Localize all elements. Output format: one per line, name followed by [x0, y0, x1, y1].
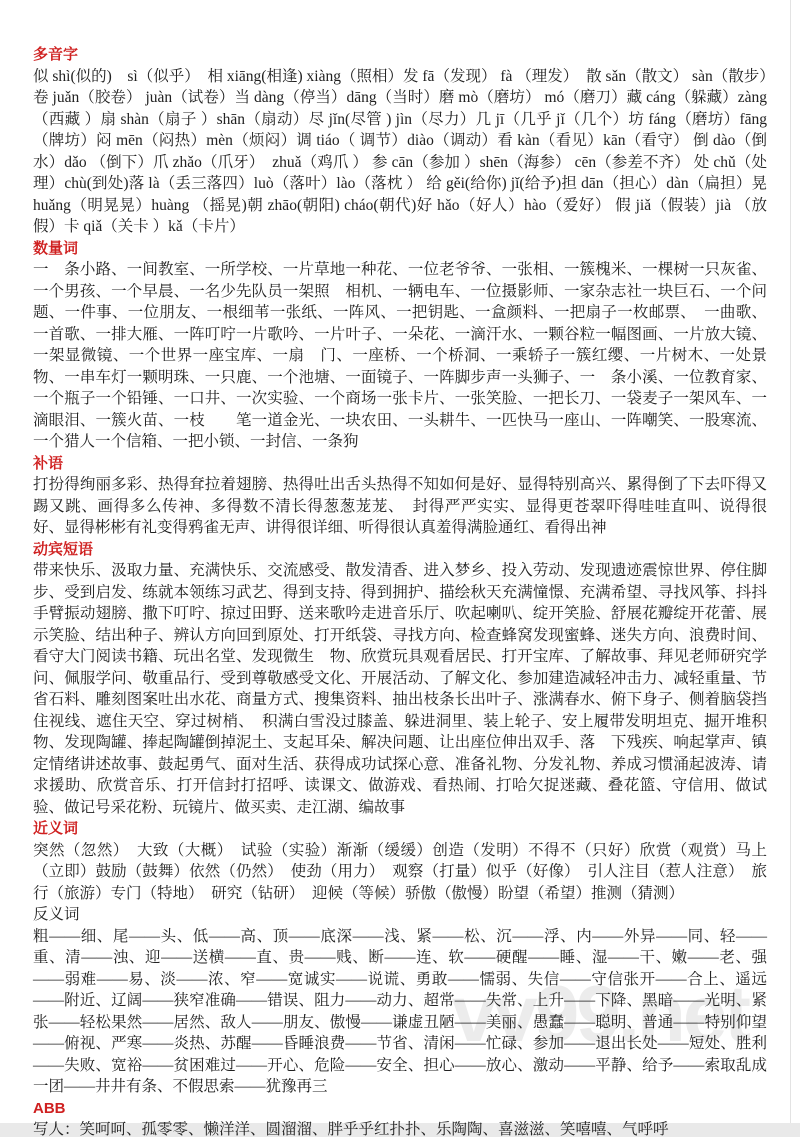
section-title-dongbin-duanyu: 动宾短语 [33, 539, 767, 561]
section-body-shuliangci: 一 条小路、一间教室、一所学校、一片草地一种花、一位老爷爷、一张相、一簇槐米、一… [33, 259, 767, 453]
document-content: 多音字 似 shì(似的) sì（似乎） 相 xiāng(相逢) xiàng（照… [33, 44, 767, 1137]
section-title-buyu: 补语 [33, 453, 767, 475]
section-title-shuliangci: 数量词 [33, 238, 767, 260]
section-body-duoyinzi: 似 shì(似的) sì（似乎） 相 xiāng(相逢) xiàng（照相）发 … [33, 66, 767, 238]
section-title-fanyici: 反义词 [33, 904, 767, 926]
section-body-buyu: 打扮得绚丽多彩、热得耷拉着翅膀、热得吐出舌头热得不知如何是好、显得特别高兴、累得… [33, 474, 767, 539]
document-page: vv99.net 多音字 似 shì(似的) sì（似乎） 相 xiāng(相逢… [0, 0, 800, 1137]
section-title-jinyici: 近义词 [33, 818, 767, 840]
section-body-abb: 写人：笑呵呵、孤零零、懒洋洋、圆溜溜、胖乎乎红扑扑、乐陶陶、喜滋滋、笑嘻嘻、气呼… [33, 1119, 767, 1137]
section-body-fanyici: 粗——细、尾——头、低——高、顶——底深——浅、紧——松、沉——浮、内——外异—… [33, 926, 767, 1098]
section-title-abb: ABB [33, 1098, 767, 1120]
section-body-dongbin-duanyu: 带来快乐、汲取力量、充满快乐、交流感受、散发清香、进入梦乡、投入劳动、发现遗迹震… [33, 560, 767, 818]
section-title-duoyinzi: 多音字 [33, 44, 767, 66]
section-body-jinyici: 突然（忽然） 大致（大概） 试验（实验）渐渐（缓缓）创造（发明）不得不（只好）欣… [33, 840, 767, 905]
page-edge-line [790, 0, 791, 1123]
